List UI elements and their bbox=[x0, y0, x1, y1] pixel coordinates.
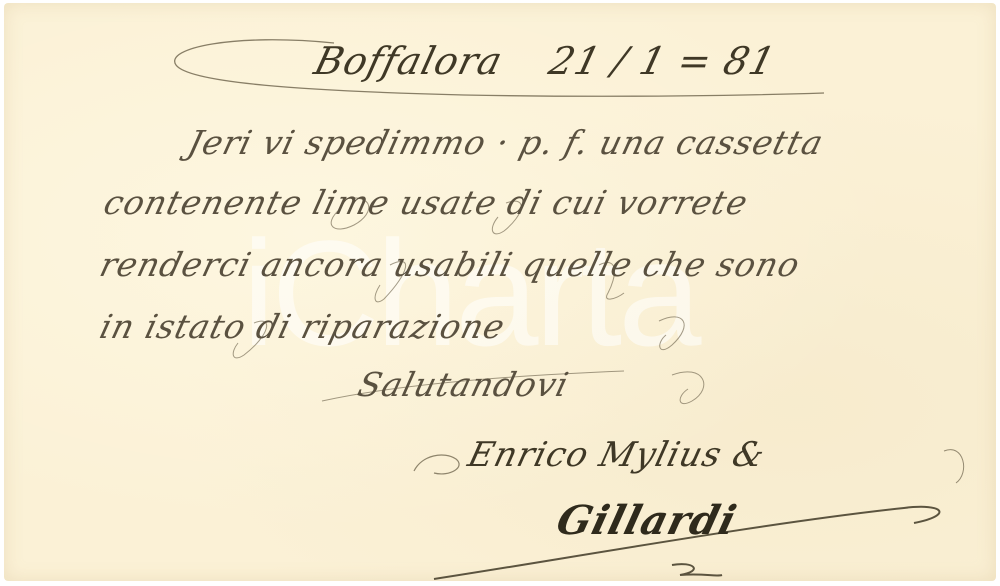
letter-header: Boffalora 21 / 1 = 81 bbox=[310, 39, 780, 83]
header-place: Boffalora bbox=[310, 39, 507, 83]
signature-line-2: Gillardi bbox=[552, 497, 742, 544]
body-line-1: Jeri vi spedimmo · p. f. una cassetta bbox=[184, 123, 828, 162]
pen-flourishes bbox=[4, 3, 1000, 586]
body-line-4: in istato di riparazione bbox=[96, 307, 509, 346]
signature-line-1: Enrico Mylius & bbox=[464, 435, 769, 475]
postcard: iCharta Boffalora 21 / 1 = 81 Jeri vi sp… bbox=[4, 3, 996, 581]
body-line-2: contenente lime usate di cui vorrete bbox=[100, 183, 752, 222]
closing-salutation: Salutandovi bbox=[354, 365, 573, 404]
header-date: 21 / 1 = 81 bbox=[545, 39, 781, 83]
body-line-3: renderci ancora usabili quelle che sono bbox=[96, 245, 804, 284]
